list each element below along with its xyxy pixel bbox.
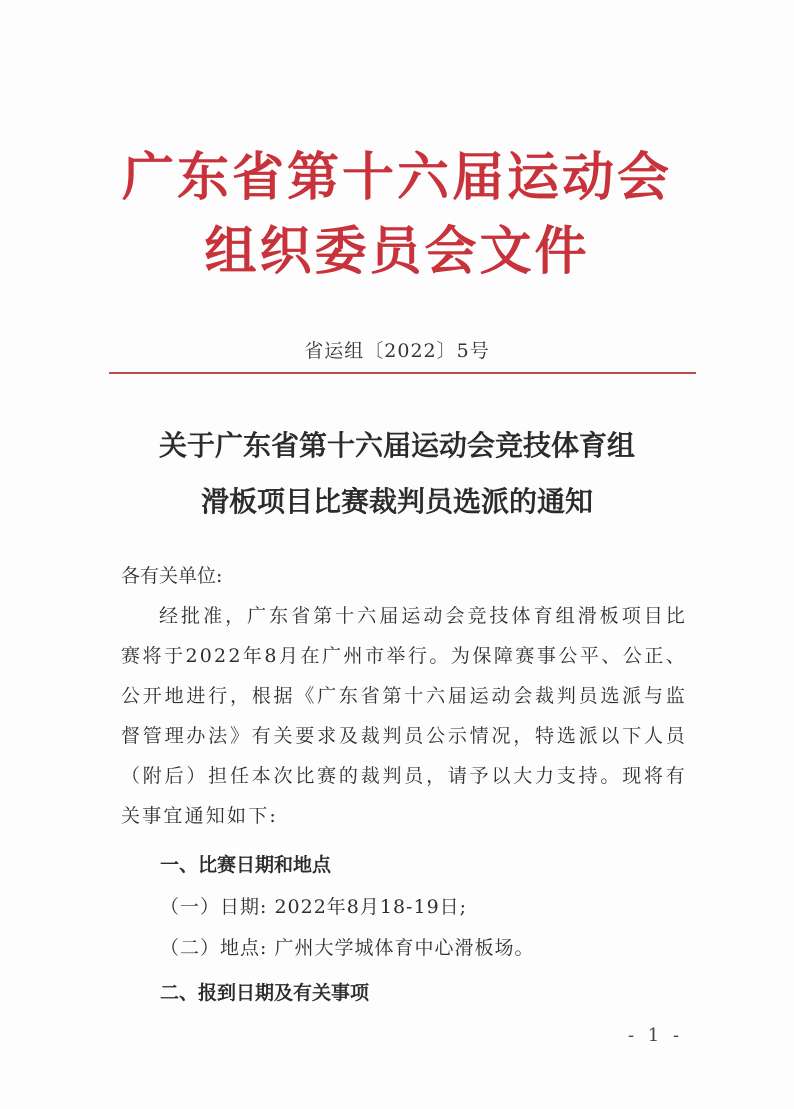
issuer-heading-line2: 组织委员会文件 [0,222,794,282]
section-heading-1: 一、比赛日期和地点 [160,850,331,877]
notice-title-line1: 关于广东省第十六届运动会竞技体育组 [0,424,794,464]
document-page: 广东省第十六届运动会 组织委员会文件 省运组〔2022〕5号 关于广东省第十六届… [0,0,794,1109]
red-divider-line [109,372,696,374]
section-1-item-location: （二）地点: 广州大学城体育中心滑板场。 [160,933,534,960]
notice-title-line2: 滑板项目比赛裁判员选派的通知 [0,480,794,520]
section-1-item-date: （一）日期: 2022年8月18-19日; [160,892,467,919]
page-number: - 1 - [628,1025,683,1046]
body-paragraph: 经批准，广东省第十六届运动会竞技体育组滑板项目比赛将于2022年8月在广州市举行… [121,596,687,836]
document-number: 省运组〔2022〕5号 [0,336,794,363]
salutation: 各有关单位: [121,556,687,596]
section-heading-2: 二、报到日期及有关事项 [160,978,369,1005]
issuer-heading-line1: 广东省第十六届运动会 [0,148,794,208]
